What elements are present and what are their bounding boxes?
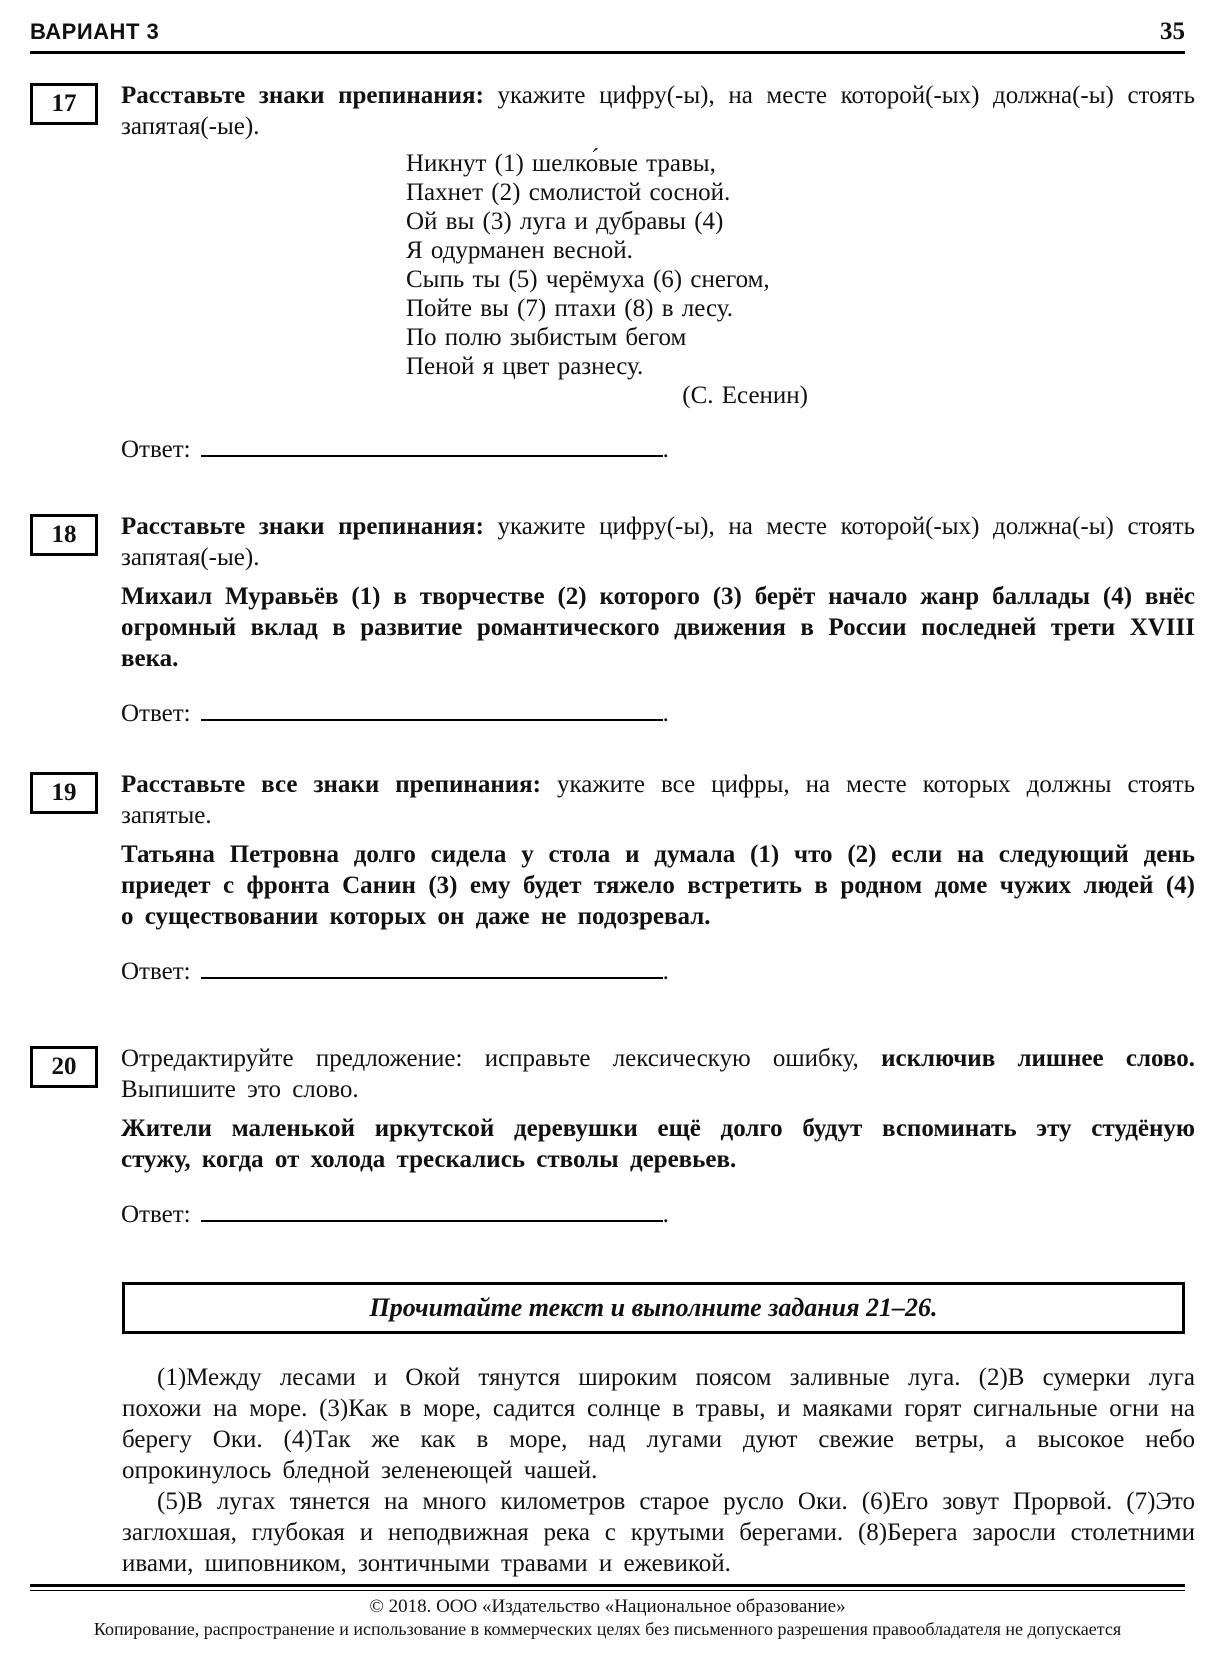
task-bold-18: Расставьте знаки препинания:: [121, 513, 484, 540]
question-19: 19 Расставьте все знаки препинания: укаж…: [30, 769, 1195, 987]
exam-page: ВАРИАНТ 3 35 17 Расставьте знаки препина…: [0, 0, 1216, 1654]
answer-blank-19: [201, 971, 663, 979]
question-number-box-19: 19: [30, 772, 98, 814]
answer-label-17: Ответ:: [121, 436, 191, 463]
passage: (1)Между лесами и Окой тянутся широким п…: [122, 1362, 1195, 1579]
question-number-box-17: 17: [30, 83, 98, 125]
sentence-18: Михаил Муравьёв (1) в творчестве (2) кот…: [121, 581, 1195, 674]
answer-row-19: Ответ:.: [121, 956, 1195, 987]
question-17: 17 Расставьте знаки препинания: укажите …: [30, 80, 1195, 465]
answer-label-19: Ответ:: [121, 958, 191, 985]
task-bold-20: исключив лишнее слово.: [881, 1045, 1195, 1072]
question-19-content: Расставьте все знаки препинания: укажите…: [121, 769, 1195, 987]
poem-line-3: Ой вы (3) луга и дубравы (4): [406, 207, 808, 236]
question-number-box-18: 18: [30, 514, 98, 556]
sentence-20: Жители маленькой иркутской деревушки ещё…: [121, 1113, 1195, 1175]
poem-line-1: Никнут (1) шелко́вые травы,: [406, 149, 808, 178]
instruction-text: Прочитайте текст и выполните задания 21–…: [369, 1293, 937, 1322]
question-number-box-20: 20: [30, 1046, 98, 1088]
footer: © 2018. ООО «Издательство «Национальное …: [30, 1584, 1185, 1640]
task-statement-17: Расставьте знаки препинания: укажите циф…: [121, 80, 1195, 142]
answer-period-20: .: [663, 1201, 669, 1228]
answer-blank-20: [201, 1214, 663, 1222]
variant-label: ВАРИАНТ 3: [30, 19, 159, 45]
footer-rule: [30, 1584, 1185, 1591]
page-number: 35: [1160, 18, 1185, 46]
footer-notice: Копирование, распространение и использов…: [30, 1619, 1185, 1640]
poem-block: Никнут (1) шелко́вые травы, Пахнет (2) с…: [406, 149, 808, 410]
answer-blank-17: [201, 449, 663, 457]
poem-attribution: (С. Есенин): [406, 381, 808, 410]
answer-period-18: .: [663, 700, 669, 727]
poem-line-5: Сыпь ты (5) черёмуха (6) снегом,: [406, 265, 808, 294]
task-bold-19: Расставьте все знаки препинания:: [121, 771, 541, 798]
answer-period-17: .: [663, 436, 669, 463]
instruction-box: Прочитайте текст и выполните задания 21–…: [122, 1282, 1185, 1334]
answer-label-20: Ответ:: [121, 1201, 191, 1228]
task-bold-17: Расставьте знаки препинания:: [121, 82, 484, 109]
question-18: 18 Расставьте знаки препинания: укажите …: [30, 511, 1195, 729]
answer-period-19: .: [663, 958, 669, 985]
passage-paragraph-1: (1)Между лесами и Окой тянутся широким п…: [122, 1362, 1195, 1486]
answer-row-18: Ответ:.: [121, 698, 1195, 729]
question-20: 20 Отредактируйте предложение: исправьте…: [30, 1043, 1195, 1230]
passage-paragraph-2: (5)В лугах тянется на много километров с…: [122, 1486, 1195, 1579]
sentence-19: Татьяна Петровна долго сидела у стола и …: [121, 839, 1195, 932]
page-header: ВАРИАНТ 3 35: [0, 0, 1216, 46]
footer-copyright: © 2018. ООО «Издательство «Национальное …: [30, 1596, 1185, 1618]
poem-line-7: По полю зыбистым бегом: [406, 323, 808, 352]
header-rule: [30, 51, 1185, 54]
task-statement-19: Расставьте все знаки препинания: укажите…: [121, 769, 1195, 831]
poem-line-8: Пеной я цвет разнесу.: [406, 352, 808, 381]
task-pre-20: Отредактируйте предложение: исправьте ле…: [121, 1045, 881, 1072]
task-statement-20: Отредактируйте предложение: исправьте ле…: [121, 1043, 1195, 1105]
answer-label-18: Ответ:: [121, 700, 191, 727]
poem-line-4: Я одурманен весной.: [406, 236, 808, 265]
poem-line-6: Пойте вы (7) птахи (8) в лесу.: [406, 294, 808, 323]
task-post-20: Выпишите это слово.: [121, 1076, 359, 1103]
answer-row-20: Ответ:.: [121, 1199, 1195, 1230]
answer-blank-18: [201, 713, 663, 721]
poem-line-2: Пахнет (2) смолистой сосной.: [406, 178, 808, 207]
question-17-content: Расставьте знаки препинания: укажите циф…: [121, 80, 1195, 465]
question-18-content: Расставьте знаки препинания: укажите циф…: [121, 511, 1195, 729]
question-20-content: Отредактируйте предложение: исправьте ле…: [121, 1043, 1195, 1230]
answer-row-17: Ответ:.: [121, 434, 1195, 465]
task-statement-18: Расставьте знаки препинания: укажите циф…: [121, 511, 1195, 573]
